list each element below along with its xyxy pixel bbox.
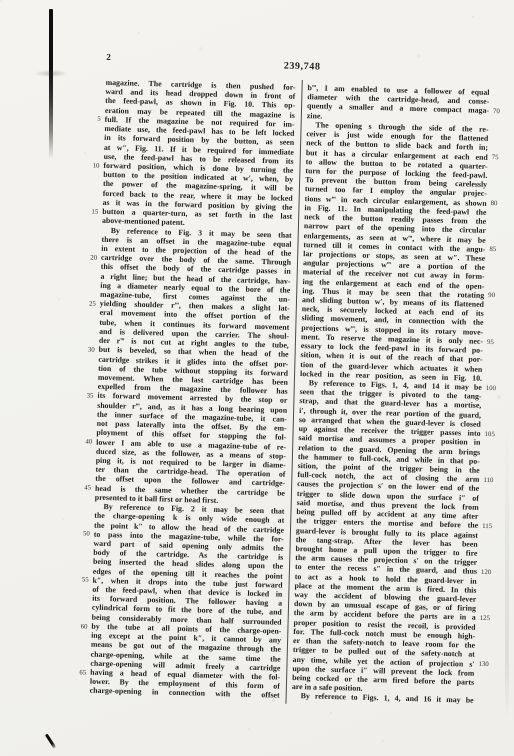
line-number: 45 [76,483,91,492]
line-number: 115 [482,522,499,531]
line-number: 105 [484,430,501,439]
line-number: 120 [481,568,498,577]
line-number: 60 [72,622,87,631]
line-number: 130 [478,660,495,669]
line-number: 20 [82,253,97,262]
scan-edge-streak [505,420,509,720]
line-number: 90 [488,291,505,300]
line-number: 25 [81,299,96,308]
text-column-right: b‴, I am enabled to use a follower of eq… [292,83,490,705]
line-number: 5 [86,115,101,124]
line-number: 30 [80,345,95,354]
line-number: 80 [490,199,507,208]
line-number: 70 [493,107,510,116]
line-number: 65 [71,668,86,677]
line-number: 110 [483,476,500,485]
line-number: 95 [487,337,504,346]
text-column-left: magazine. The cartridge is then pushed f… [90,78,296,700]
line-number: 15 [83,207,98,216]
line-number: 125 [480,614,497,623]
line-number: 50 [75,530,90,539]
scanned-patent-page: 2 239,748 magazine. The cartridge is the… [0,0,514,756]
line-number: 10 [84,161,99,170]
line-number: 40 [77,437,92,446]
printed-content: 2 239,748 magazine. The cartridge is the… [0,0,514,756]
patent-number: 239,748 [264,60,340,73]
line-number: 75 [492,153,509,162]
line-number: 55 [74,576,89,585]
sheet-number: 2 [106,52,111,62]
line-number: 100 [486,384,503,393]
line-number: 85 [489,245,506,254]
line-number: 35 [78,391,93,400]
